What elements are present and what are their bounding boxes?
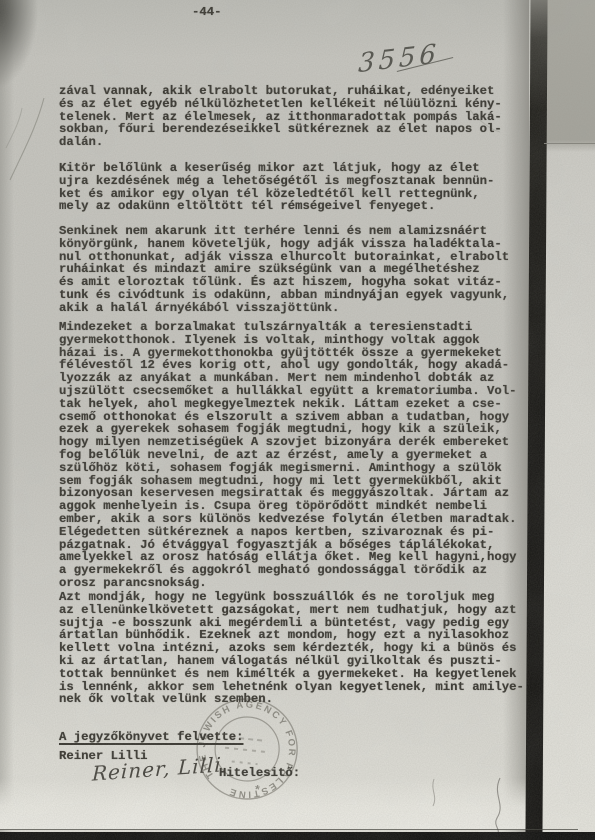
page-number: -44- xyxy=(192,6,222,19)
body-paragraph-1: zával vannak, akik elrabolt butorukat, r… xyxy=(59,85,537,149)
scanner-edge-line xyxy=(544,143,595,144)
body-paragraph-3: Senkinek nem akarunk itt terhére lenni é… xyxy=(59,225,537,315)
scan-bottom-black-bar xyxy=(0,832,595,840)
body-paragraph-5: Azt mondják, hogy ne legyünk bosszuállók… xyxy=(59,591,537,706)
scan-left-vignette xyxy=(0,0,14,840)
certifier-label: Hitelesitő: xyxy=(219,767,300,780)
body-paragraph-4: Mindezeket a borzalmakat tulszárnyalták … xyxy=(59,321,537,590)
scanned-document-page: THE JEWISH AGENCY FOR PALESTINE * -44- 3… xyxy=(0,0,595,840)
svg-text:THE JEWISH AGENCY FOR PALESTIN: THE JEWISH AGENCY FOR PALESTINE xyxy=(192,695,302,805)
scanner-background-right xyxy=(544,0,595,840)
taken-by-label: A jegyzőkönyvet felvette: xyxy=(59,731,243,744)
jewish-agency-stamp: THE JEWISH AGENCY FOR PALESTINE * xyxy=(178,691,316,810)
body-paragraph-2: Kitör belőlünk a keserűség mikor azt lát… xyxy=(59,162,537,213)
stamp-ring-text: THE JEWISH AGENCY FOR PALESTINE xyxy=(192,695,302,805)
page-bottom-edge-line xyxy=(0,829,578,830)
handwritten-note: 3556 xyxy=(358,39,441,79)
